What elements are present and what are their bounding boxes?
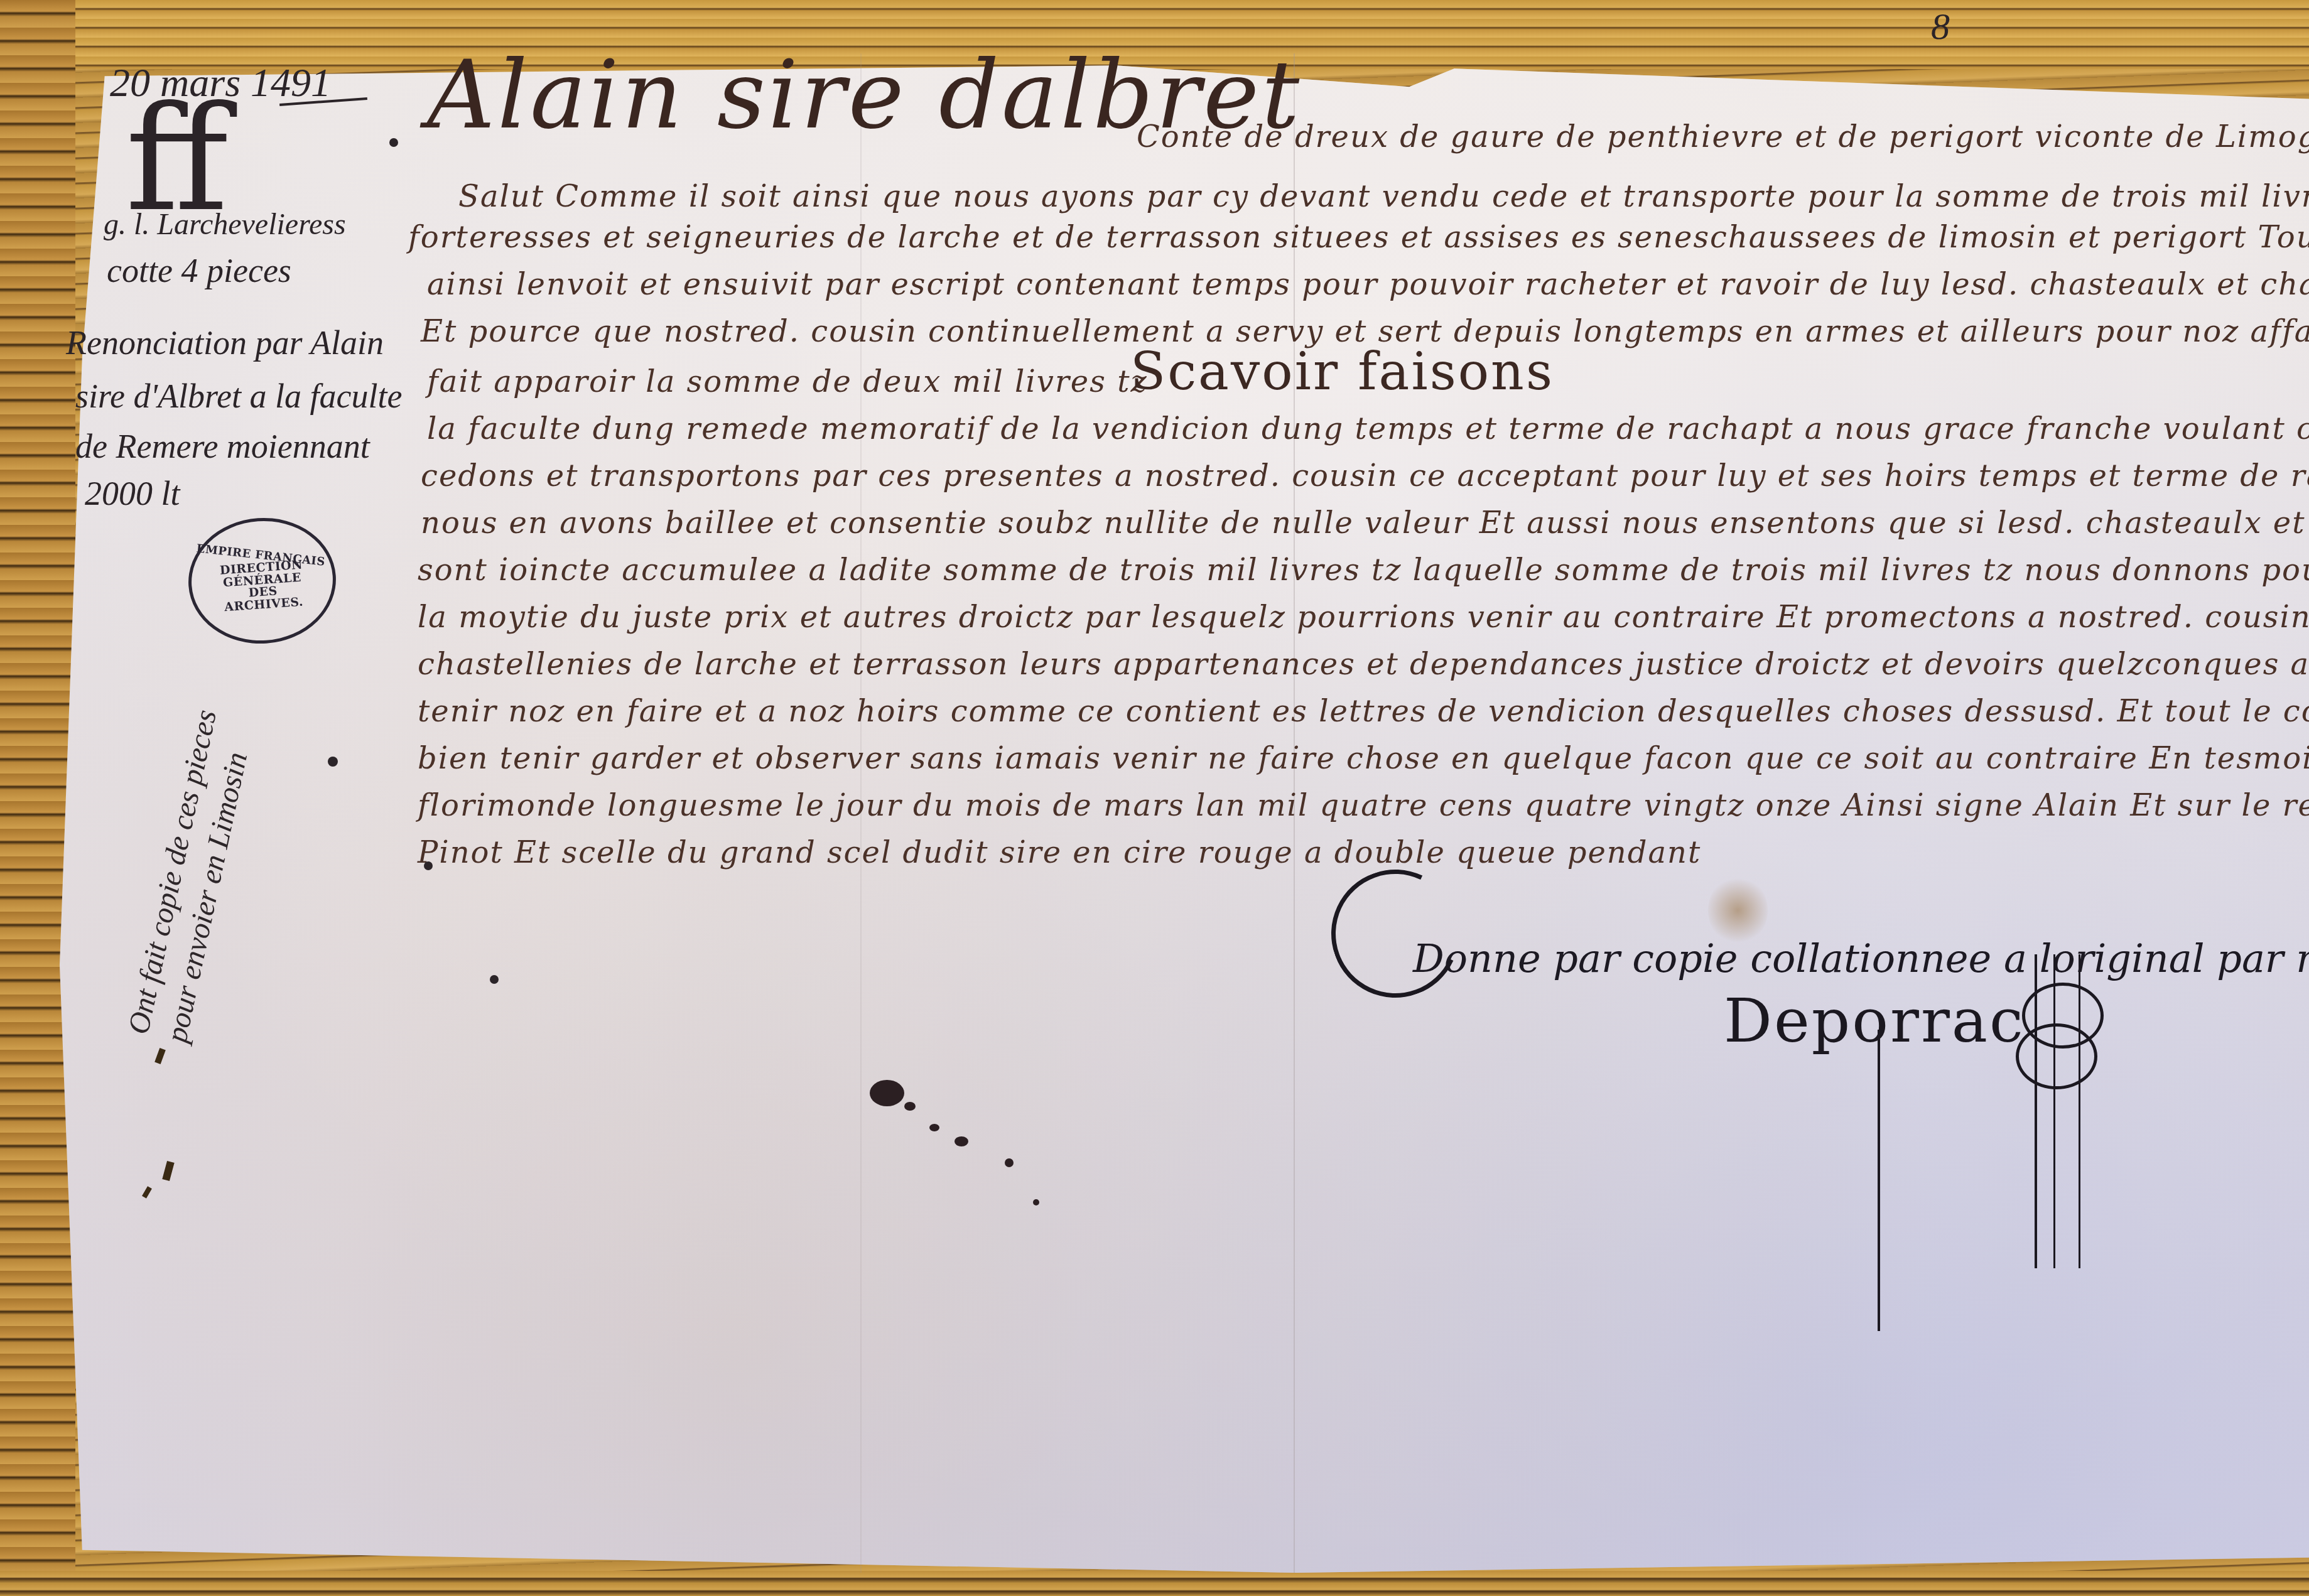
ink-splatter (929, 1124, 939, 1131)
margin-summary-line: de Remere moiennant (75, 427, 370, 466)
margin-note-cote: cotte 4 pieces (107, 251, 291, 290)
body-line: ainsi lenvoit et ensuivit par escript co… (427, 267, 2309, 302)
body-line: la moytie du juste prix et autres droict… (418, 600, 2309, 635)
pinhole (424, 861, 433, 870)
body-line: bien tenir garder et observer sans iamai… (418, 741, 2309, 776)
title-continuation: Conte de dreux de gaure de penthievre et… (1137, 119, 2309, 154)
body-line: sont ioincte accumulee a ladite somme de… (418, 553, 2309, 588)
wood-background-bottom (0, 1571, 2309, 1596)
pinhole (490, 975, 499, 984)
body-line: Salut Comme il soit ainsi que nous ayons… (458, 179, 2309, 214)
margin-summary-line: sire d'Albret a la faculte (75, 377, 402, 416)
body-line: la faculte dung remede memoratif de la v… (427, 411, 2309, 446)
body-line: forteresses et seigneuries de larche et … (408, 220, 2309, 255)
collation-statement: Donne par copie collationnee a loriginal… (1413, 935, 2309, 981)
body-line: fait apparoir la somme de deux mil livre… (427, 364, 1148, 399)
body-line: tenir noz en faire et a noz hoirs comme … (418, 694, 2309, 729)
scavoir-faisons: Scavoir faisons (1130, 342, 1554, 402)
ink-splatter (954, 1136, 968, 1146)
signature-descender (1878, 1030, 1880, 1331)
ink-splatter (1033, 1199, 1039, 1205)
body-line: chastellenies de larche et terrasson leu… (418, 647, 2309, 682)
margin-note-reference: g. l. Larchevelieress (104, 207, 346, 242)
body-line: cedons et transportons par ces presentes… (421, 458, 2309, 493)
ink-blot (870, 1080, 904, 1106)
ink-dot (389, 138, 398, 147)
body-line: florimonde longuesme le jour du mois de … (418, 788, 2309, 823)
ink-splatter (904, 1102, 916, 1111)
paraph-stroke (2053, 954, 2055, 1268)
margin-summary-line: 2000 lt (85, 474, 180, 513)
stamp-text: ARCHIVES. (224, 596, 304, 615)
notary-signature: Deporrac (1724, 986, 2025, 1056)
ink-splatter (1005, 1158, 1014, 1167)
body-line: Pinot Et scelle du grand scel dudit sire… (418, 835, 1701, 870)
paraph-stroke (2079, 954, 2080, 1268)
body-line: nous en avons baillee et consentie soubz… (421, 505, 2309, 541)
pinhole (328, 757, 338, 767)
paraph-stroke (2035, 954, 2037, 1268)
folio-number: 8 (1931, 5, 1950, 48)
brown-stain (1708, 876, 1768, 945)
paraph-loop (2016, 1023, 2097, 1089)
wood-background-left (0, 0, 75, 1596)
margin-summary-line: Renonciation par Alain (66, 323, 384, 362)
